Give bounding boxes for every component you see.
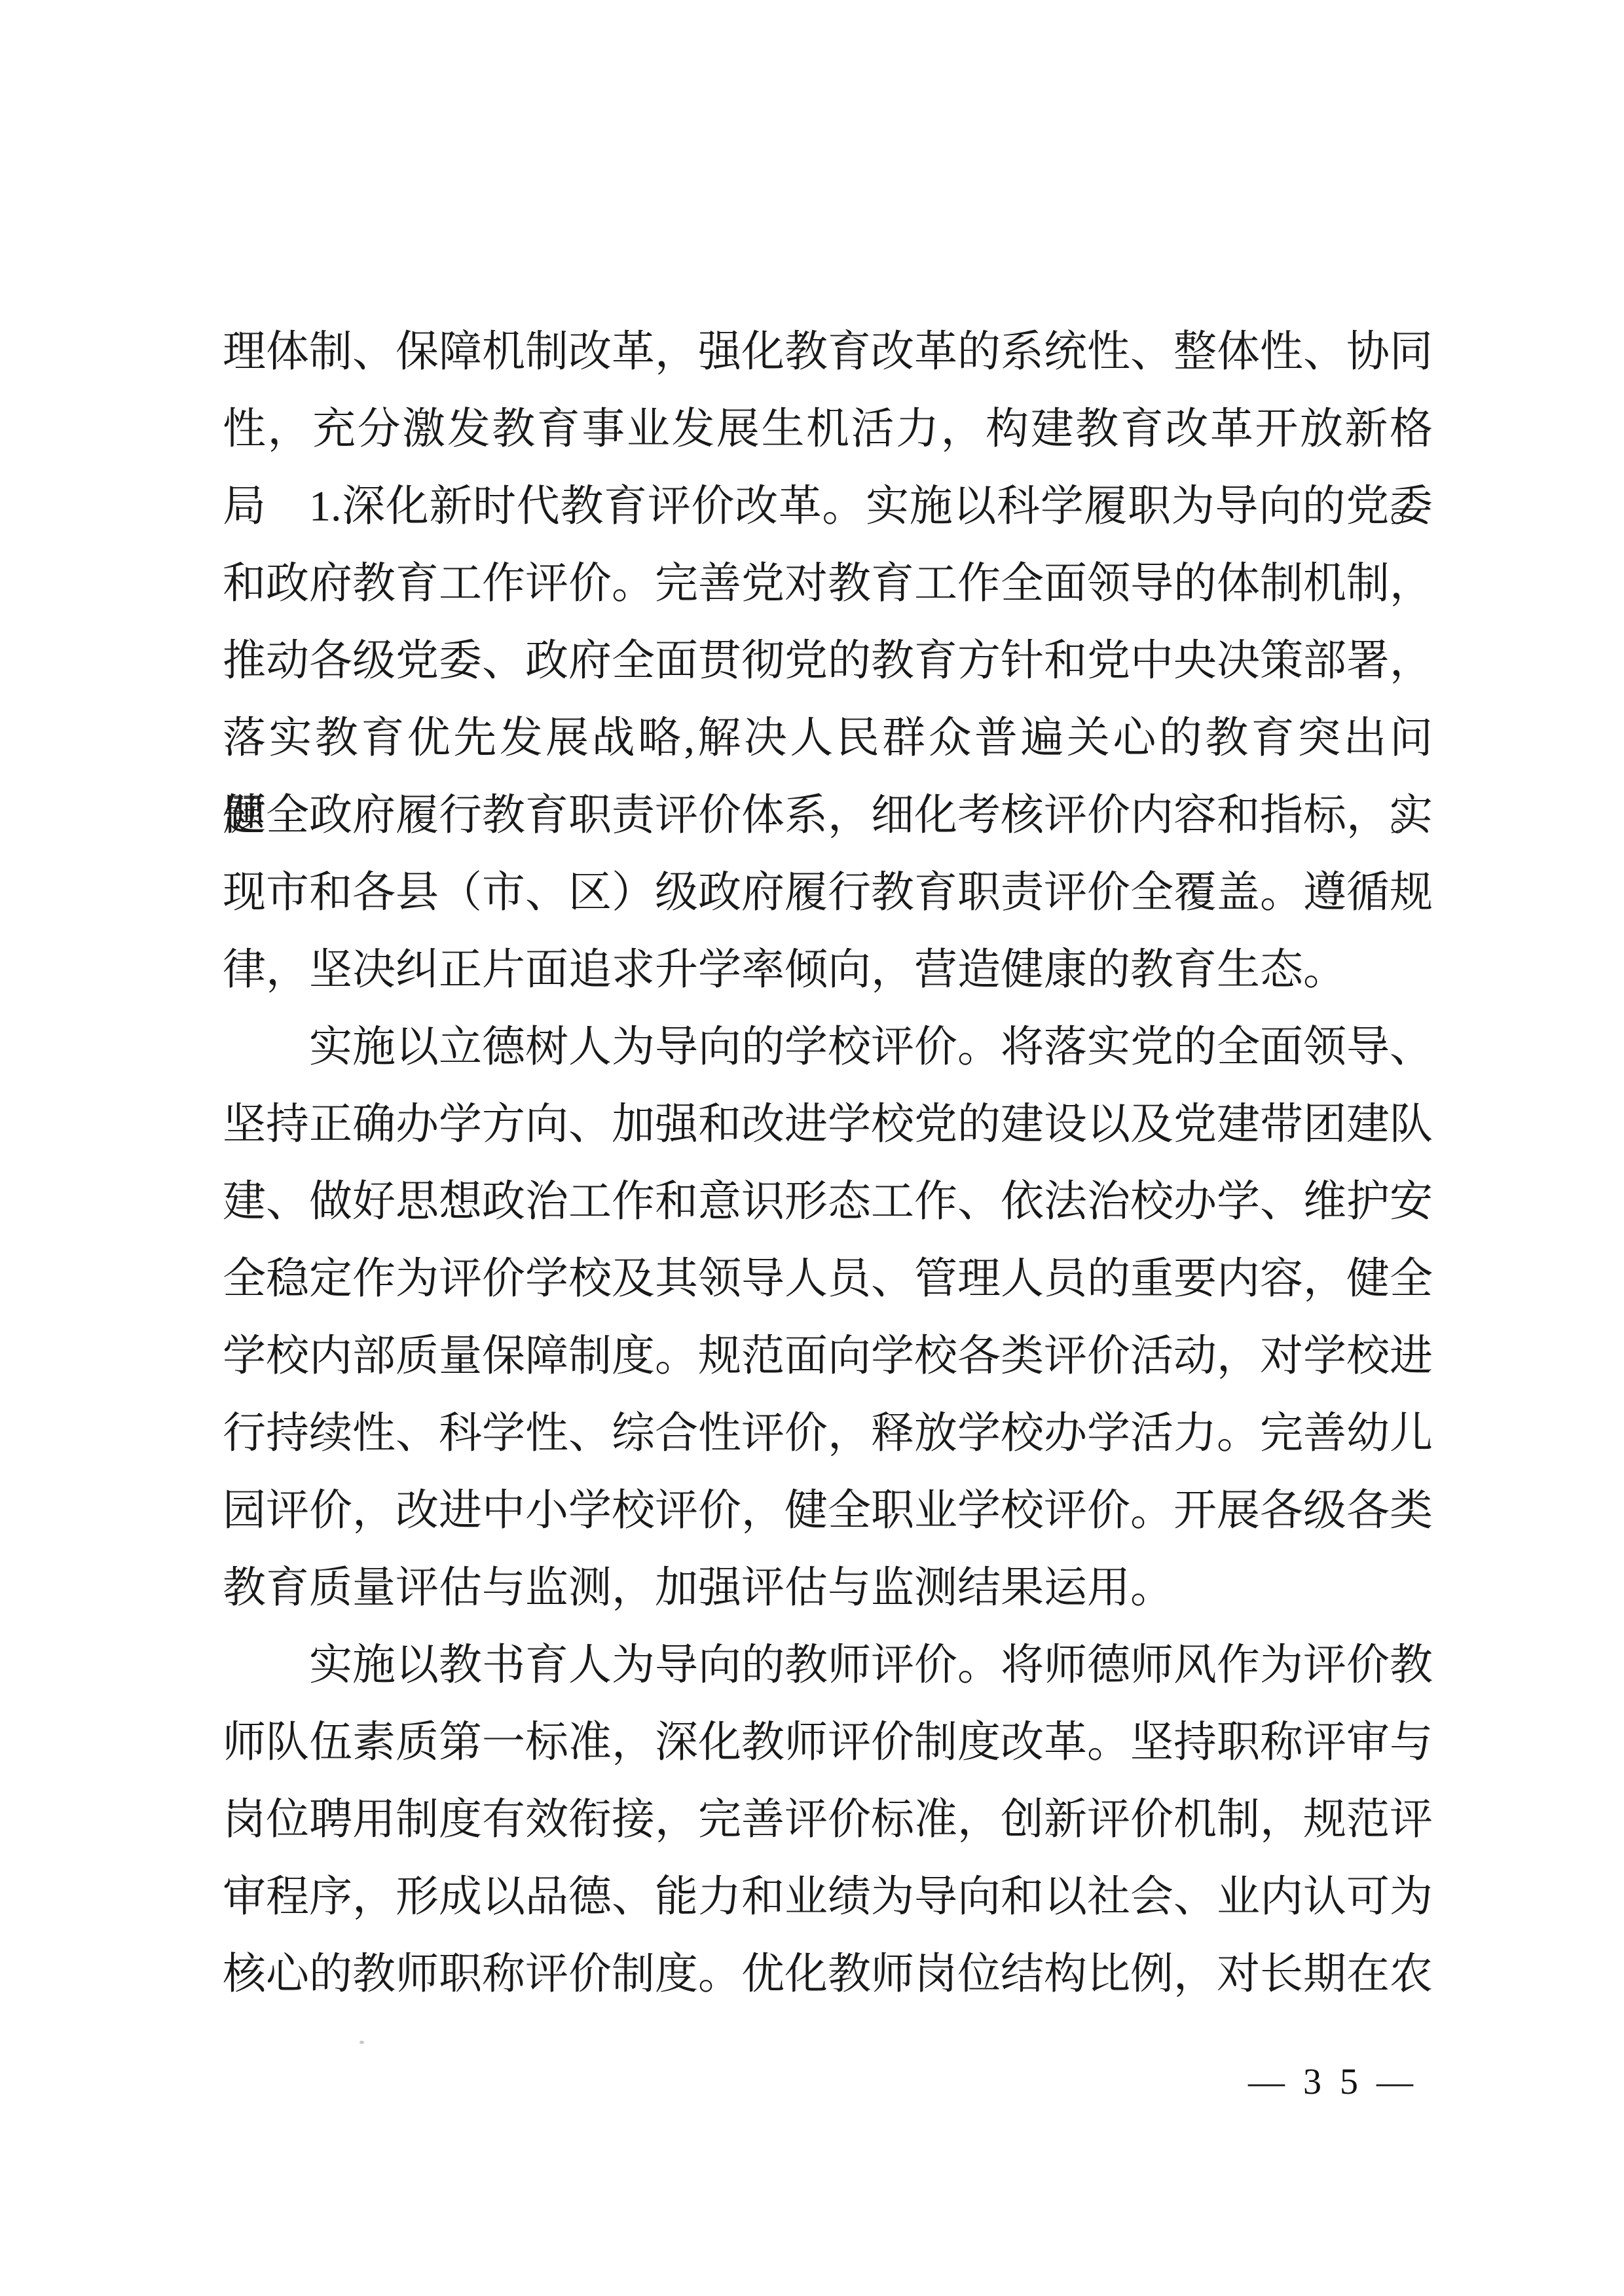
text-line: 和政府教育工作评价。完善党对教育工作全面领导的体制机制， — [223, 545, 1433, 623]
text-line: 审程序，形成以品德、能力和业绩为导向和以社会、业内认可为 — [223, 1859, 1433, 1936]
text-line: 学校内部质量保障制度。规范面向学校各类评价活动，对学校进 — [223, 1318, 1433, 1395]
text-line: 实施以教书育人为导向的教师评价。将师德师风作为评价教 — [223, 1627, 1433, 1704]
scan-speck — [360, 2041, 364, 2044]
text-line: 实施以立德树人为导向的学校评价。将落实党的全面领导、 — [223, 1009, 1433, 1086]
document-page: 理体制、保障机制改革，强化教育改革的系统性、整体性、协同性，充分激发教育事业发展… — [0, 0, 1624, 2296]
paragraph: 实施以立德树人为导向的学校评价。将落实党的全面领导、坚持正确办学方向、加强和改进… — [223, 1009, 1433, 1627]
text-line: 性，充分激发教育事业发展生机活力，构建教育改革开放新格局。 — [223, 391, 1433, 468]
text-line: 教育质量评估与监测，加强评估与监测结果运用。 — [223, 1550, 1433, 1627]
text-line: 全稳定作为评价学校及其领导人员、管理人员的重要内容，健全 — [223, 1241, 1433, 1318]
document-body: 理体制、保障机制改革，强化教育改革的系统性、整体性、协同性，充分激发教育事业发展… — [223, 314, 1433, 2013]
text-line: 现市和各县（市、区）级政府履行教育职责评价全覆盖。遵循规 — [223, 854, 1433, 932]
text-line: 核心的教师职称评价制度。优化教师岗位结构比例，对长期在农 — [223, 1936, 1433, 2013]
text-line: 岗位聘用制度有效衔接，完善评价标准，创新评价机制，规范评 — [223, 1781, 1433, 1859]
text-line: 落实教育优先发展战略,解决人民群众普遍关心的教育突出问题。 — [223, 700, 1433, 777]
text-line: 师队伍素质第一标准，深化教师评价制度改革。坚持职称评审与 — [223, 1704, 1433, 1781]
text-line: 行持续性、科学性、综合性评价，释放学校办学活力。完善幼儿 — [223, 1395, 1433, 1472]
text-line: 坚持正确办学方向、加强和改进学校党的建设以及党建带团建队 — [223, 1086, 1433, 1163]
page-number: — 3 5 — — [1248, 2061, 1418, 2103]
text-line: 建、做好思想政治工作和意识形态工作、依法治校办学、维护安 — [223, 1163, 1433, 1241]
text-line: 1.深化新时代教育评价改革。实施以科学履职为导向的党委 — [223, 468, 1433, 545]
text-line: 律，坚决纠正片面追求升学率倾向，营造健康的教育生态。 — [223, 932, 1433, 1009]
text-line: 健全政府履行教育职责评价体系，细化考核评价内容和指标，实 — [223, 777, 1433, 854]
paragraph: 实施以教书育人为导向的教师评价。将师德师风作为评价教师队伍素质第一标准，深化教师… — [223, 1627, 1433, 2013]
paragraph: 1.深化新时代教育评价改革。实施以科学履职为导向的党委和政府教育工作评价。完善党… — [223, 468, 1433, 1009]
text-line: 理体制、保障机制改革，强化教育改革的系统性、整体性、协同 — [223, 314, 1433, 391]
text-line: 推动各级党委、政府全面贯彻党的教育方针和党中央决策部署， — [223, 623, 1433, 700]
text-line: 园评价，改进中小学校评价，健全职业学校评价。开展各级各类 — [223, 1472, 1433, 1550]
paragraph: 理体制、保障机制改革，强化教育改革的系统性、整体性、协同性，充分激发教育事业发展… — [223, 314, 1433, 468]
